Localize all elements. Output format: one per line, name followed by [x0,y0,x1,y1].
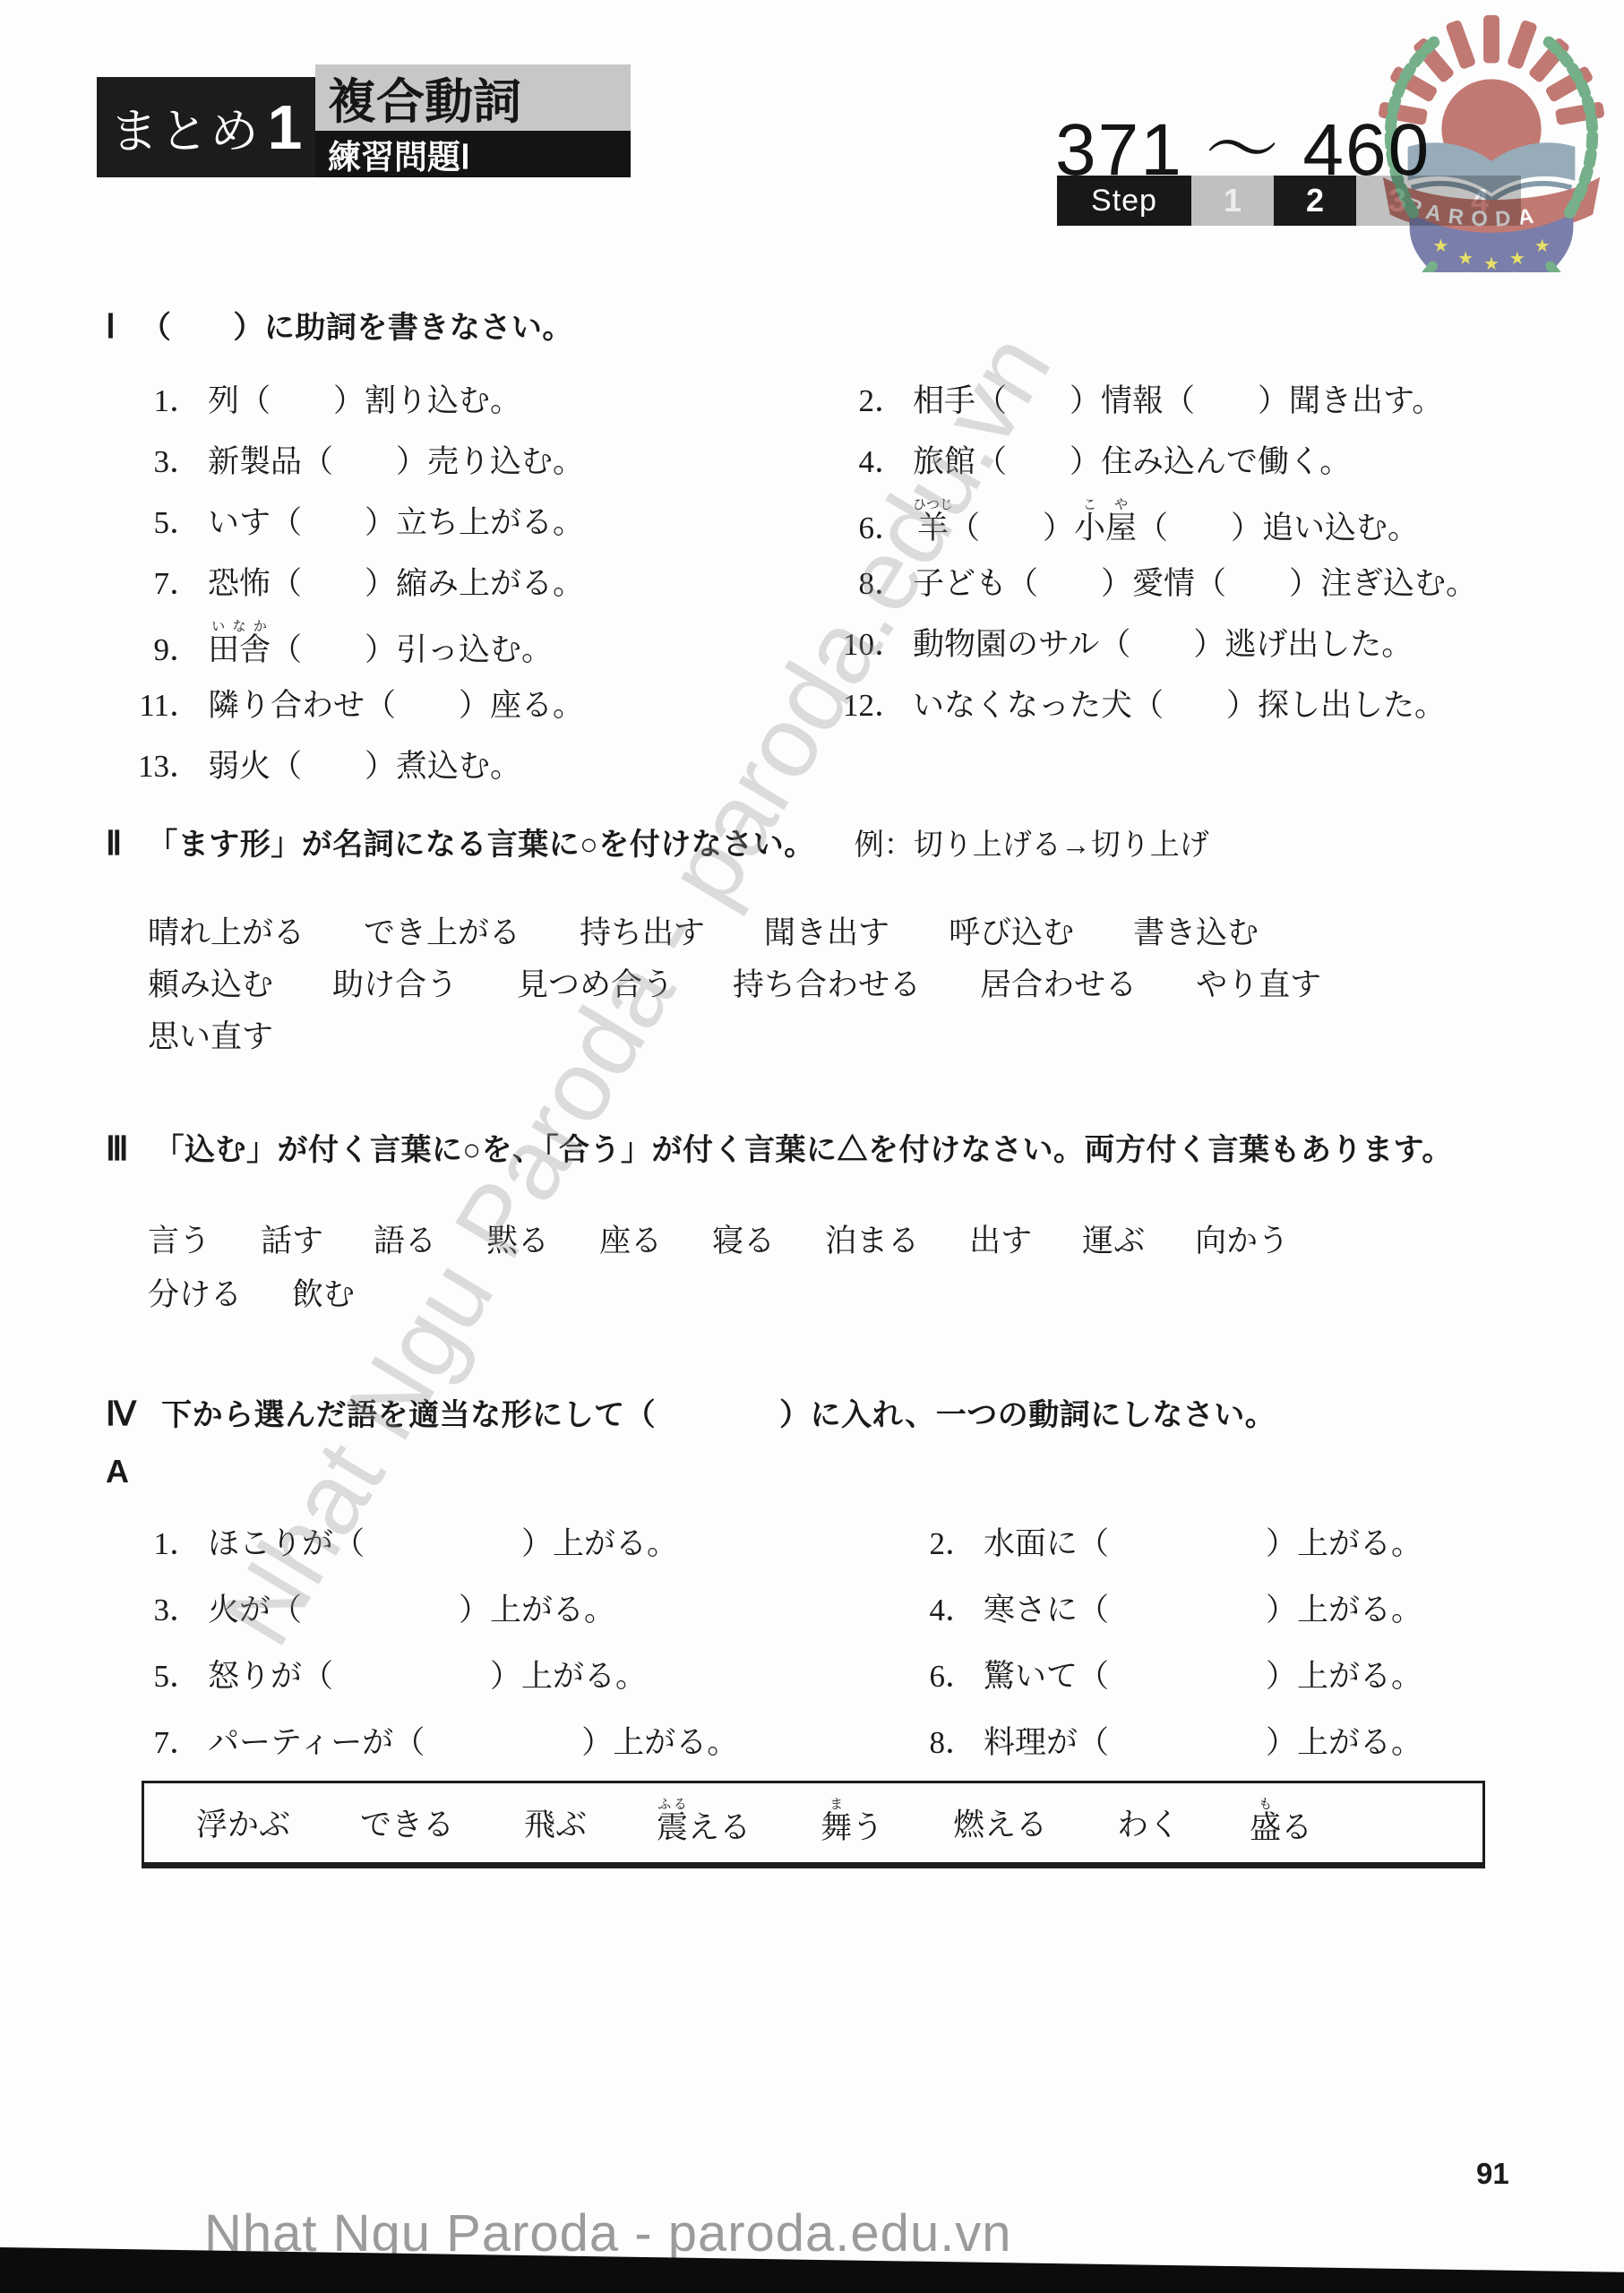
exercise-item: 3．新製品（ ）売り込む。 [131,437,584,498]
word-item: 浮かぶ [196,1800,290,1845]
word-item: 話す [261,1216,323,1261]
word-bank: 浮かぶできる飛ぶ震ふるえる舞まう燃えるわく盛もる [142,1781,1485,1868]
exercise-item: 12．いなくなった犬（ ）探し出した。 [836,681,1477,742]
word-item: 言う [148,1216,211,1261]
exercise-text: いなくなった犬（ ）探し出した。 [913,681,1446,726]
word-item: 座る [599,1216,662,1261]
exercise-item: 13．弱火（ ）煮込む。 [131,742,584,803]
section4-instruction: 下から選んだ語を適当な形にして（ ）に入れ、一つの動詞にしなさい。 [161,1390,1276,1434]
section4-items-right: 2．水面に（ ）上がる。4．寒さに（ ）上がる。6．驚いて（ ）上がる。8．料理… [907,1519,1422,1784]
svg-text:★: ★ [1483,253,1499,272]
exercise-text: いす（ ）立ち上がる。 [208,498,584,543]
word-item: 持ち出す [580,908,705,953]
word-item: 書き込む [1133,908,1259,953]
exercise-text: 寒さに（ ）上がる。 [984,1585,1422,1630]
exercise-item: 4．寒さに（ ）上がる。 [907,1585,1422,1652]
exercise-item: 8．料理が（ ）上がる。 [907,1718,1422,1784]
section3-words-row2: 分ける飲む [148,1270,355,1315]
exercise-text: 隣り合わせ（ ）座る。 [208,681,584,726]
word-item: 飛ぶ [524,1800,587,1845]
word-item: 震ふるえる [657,1798,751,1848]
exercise-number: 2． [836,376,906,421]
exercise-item: 4．旅館（ ）住み込んで働く。 [836,437,1477,498]
exercise-number: 6． [836,503,906,548]
section2-words-row1: 晴れ上がるでき上がる持ち出す聞き出す呼び込む書き込む [148,908,1259,953]
exercise-text: 羊ひつじ（ ）小屋こや（ ）追い込む。 [913,498,1419,548]
word-item: 見つめ合う [517,960,674,1005]
word-item: できる [360,1800,454,1845]
svg-text:★: ★ [1457,248,1474,269]
word-item: 向かう [1195,1216,1289,1261]
exercise-item: 7．パーティーが（ ）上がる。 [131,1718,738,1784]
exercise-text: 驚いて（ ）上がる。 [984,1652,1422,1696]
exercise-item: 7．恐怖（ ）縮み上がる。 [131,559,584,620]
exercise-item: 3．火が（ ）上がる。 [131,1585,738,1652]
word-item: 助け合う [332,960,458,1005]
word-item: 持ち合わせる [733,960,921,1005]
svg-text:★: ★ [1461,268,1477,272]
exercise-number: 4． [907,1585,976,1630]
word-item: 舞まう [821,1798,883,1848]
exercise-number: 4． [836,437,906,482]
exercise-text: 料理が（ ）上がる。 [984,1718,1422,1763]
exercise-text: 田舎いなか（ ）引っ込む。 [208,620,553,670]
word-item: 居合わせる [980,960,1137,1005]
word-item: わく [1117,1800,1180,1845]
exercise-number: 1． [131,1519,201,1564]
word-item: 晴れ上がる [148,908,305,953]
exercise-item: 11．隣り合わせ（ ）座る。 [131,681,584,742]
exercise-number: 3． [131,437,201,482]
word-item: 思い直す [148,1012,273,1057]
word-item: 語る [374,1216,436,1261]
exercise-text: 水面に（ ）上がる。 [984,1519,1422,1564]
section3-instruction: 「込む」が付く言葉に○を、「合う」が付く言葉に△を付けなさい。両方付く言葉もあり… [154,1125,1453,1169]
exercise-text: 怒りが（ ）上がる。 [208,1652,647,1696]
exercise-number: 9． [131,625,201,670]
section3-numeral: Ⅲ [106,1129,129,1169]
section1-numeral: Ⅰ [106,307,116,347]
exercise-text: 列（ ）割り込む。 [208,376,521,421]
exercise-text: パーティーが（ ）上がる。 [208,1718,738,1763]
word-item: でき上がる [364,908,520,953]
section4-heading: Ⅳ 下から選んだ語を適当な形にして（ ）に入れ、一つの動詞にしなさい。 [106,1390,1276,1434]
exercise-text: ほこりが（ ）上がる。 [208,1519,678,1564]
exercise-number: 5． [131,498,201,543]
exercise-number: 12． [836,681,906,726]
word-item: 呼び込む [949,908,1074,953]
svg-text:★: ★ [1506,268,1522,272]
svg-text:★: ★ [1534,236,1551,256]
word-item: 聞き出す [764,908,889,953]
page-title: 複合動詞 [315,64,631,131]
section1-instruction: （ ）に助詞を書きなさい。 [141,303,573,347]
section4-group-label: A [106,1453,129,1490]
section2-numeral: Ⅱ [106,824,122,863]
exercise-text: 恐怖（ ）縮み上がる。 [208,559,584,604]
exercise-item: 2．水面に（ ）上がる。 [907,1519,1422,1585]
word-item: 寝る [712,1216,775,1261]
word-item: 黙る [486,1216,549,1261]
section2-words-row3: 思い直す [148,1012,273,1057]
exercise-item: 8．子ども（ ）愛情（ ）注ぎ込む。 [836,559,1477,620]
word-item: 運ぶ [1082,1216,1145,1261]
exercise-item: 5．怒りが（ ）上がる。 [131,1652,738,1718]
exercise-text: 火が（ ）上がる。 [208,1585,615,1630]
textbook-page: Nhat Ngu Paroda - paroda.edu.vn まとめ 1 複合… [0,0,1624,2293]
exercise-item: 2．相手（ ）情報（ ）聞き出す。 [836,376,1477,437]
exercise-text: 動物園のサル（ ）逃げ出した。 [913,620,1413,665]
section3-heading: Ⅲ 「込む」が付く言葉に○を、「合う」が付く言葉に△を付けなさい。両方付く言葉も… [106,1125,1453,1169]
section4-numeral: Ⅳ [106,1395,136,1434]
page-number: 91 [1476,2157,1509,2191]
exercise-number: 10． [836,620,906,665]
lesson-badge-label: まとめ [110,93,261,162]
exercise-text: 相手（ ）情報（ ）聞き出す。 [913,376,1443,421]
svg-text:★: ★ [1432,236,1448,256]
lesson-badge: まとめ 1 [97,77,315,177]
section4-items-left: 1．ほこりが（ ）上がる。3．火が（ ）上がる。5．怒りが（ ）上がる。7．パー… [131,1519,738,1784]
word-item: 分ける [148,1270,242,1315]
section3-words-row1: 言う話す語る黙る座る寝る泊まる出す運ぶ向かう [148,1216,1289,1261]
section2-words-row2: 頼み込む助け合う見つめ合う持ち合わせる居合わせるやり直す [148,960,1321,1005]
page-subtitle: 練習問題Ⅰ [315,131,631,177]
word-item: 盛もる [1250,1798,1312,1848]
exercise-item: 6．羊ひつじ（ ）小屋こや（ ）追い込む。 [836,498,1477,559]
section2-heading: Ⅱ 「ます形」が名詞になる言葉に○を付けなさい。 例：切り上げる→切り上げ [106,820,1209,863]
exercise-item: 1．ほこりが（ ）上がる。 [131,1519,738,1585]
exercise-number: 8． [907,1718,976,1763]
section1-items-left: 1．列（ ）割り込む。3．新製品（ ）売り込む。5．いす（ ）立ち上がる。7．恐… [131,376,584,803]
step-1: 1 [1191,176,1274,226]
exercise-number: 3． [131,1585,201,1630]
section1-items-right: 2．相手（ ）情報（ ）聞き出す。4．旅館（ ）住み込んで働く。6．羊ひつじ（ … [836,376,1477,742]
exercise-number: 13． [131,742,201,786]
exercise-text: 子ども（ ）愛情（ ）注ぎ込む。 [913,559,1477,604]
exercise-number: 7． [131,559,201,604]
lesson-badge-number: 1 [268,91,303,163]
section2-example: 例：切り上げる→切り上げ [855,821,1209,863]
exercise-number: 8． [836,559,906,604]
exercise-item: 1．列（ ）割り込む。 [131,376,584,437]
exercise-number: 11． [131,681,201,726]
exercise-number: 6． [907,1652,976,1696]
step-label: Step [1057,176,1191,226]
exercise-item: 9．田舎いなか（ ）引っ込む。 [131,620,584,681]
exercise-text: 旅館（ ）住み込んで働く。 [913,437,1351,482]
svg-text:★: ★ [1509,248,1525,269]
word-item: やり直す [1196,960,1321,1005]
exercise-number: 7． [131,1718,201,1763]
exercise-text: 弱火（ ）煮込む。 [208,742,521,786]
section2-instruction: 「ます形」が名詞になる言葉に○を付けなさい。 [147,820,815,863]
word-item: 燃える [953,1800,1047,1845]
section1-heading: Ⅰ （ ）に助詞を書きなさい。 [106,303,573,347]
word-item: 出す [969,1216,1032,1261]
exercise-number: 2． [907,1519,976,1564]
exercise-number: 1． [131,376,201,421]
word-item: 飲む [292,1270,355,1315]
word-item: 頼み込む [148,960,273,1005]
exercise-item: 10．動物園のサル（ ）逃げ出した。 [836,620,1477,681]
word-item: 泊まる [825,1216,919,1261]
exercise-number: 5． [131,1652,201,1696]
exercise-text: 新製品（ ）売り込む。 [208,437,584,482]
exercise-item: 6．驚いて（ ）上がる。 [907,1652,1422,1718]
paroda-logo: PARODA ★★★ ★★ ★★★ [1358,0,1624,272]
exercise-item: 5．いす（ ）立ち上がる。 [131,498,584,559]
step-2: 2 [1274,176,1356,226]
